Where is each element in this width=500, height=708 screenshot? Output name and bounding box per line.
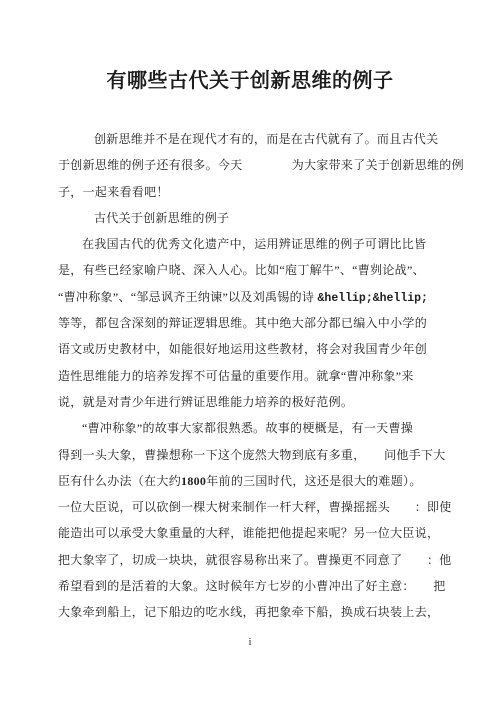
page-number: i: [0, 636, 500, 648]
section-heading-line: 古代关于创新思维的例子: [58, 205, 438, 231]
document-body: 创新思维并不是在现代才有的，而是在古代就有了。而且古代关 于创新思维的例子还有很…: [58, 126, 438, 626]
text-line: 等等，都包含深刻的辩证逻辑思维。其中绝大部分都已编入中小学的: [58, 310, 438, 336]
text-line: 子，一起来看看吧！: [58, 179, 438, 205]
text-line: 得到一头大象，曹操想称一下这个庞然大物到底有多重， 问他手下大: [58, 442, 438, 468]
text-line: “曹冲称象”的故事大家都很熟悉。故事的梗概是，有一天曹操: [58, 415, 438, 441]
text-segment: 年前的三国时代，这还是很大的难题）。: [206, 474, 421, 488]
text-line: 希望看到的是活着的大象。这时候年方七岁的小曹冲出了好主意： 把: [58, 573, 438, 599]
text-line: 说，就是对青少年进行辨证思维能力培养的极好范例。: [58, 389, 438, 415]
text-line: 一位大臣说，可以砍倒一棵大树来制作一杆大秤，曹操摇摇头 ：即使: [58, 494, 438, 520]
hellip-entity-text: &hellip;&hellip;: [318, 292, 428, 305]
document-page: 有哪些古代关于创新思维的例子 创新思维并不是在现代才有的，而是在古代就有了。而且…: [0, 0, 500, 708]
text-line: “曹冲称象”、“邹忌讽齐王纳谏”以及刘禹锡的诗 &hellip;&hellip;: [58, 284, 438, 310]
text-segment: 臣有什么办法（在大约: [58, 474, 181, 488]
text-line: 大象牵到船上，记下船边的吃水线，再把象牵下船，换成石块装上去，: [58, 599, 438, 625]
text-line: 是，有些已经家喻户晓、深入人心。比如“庖丁解牛”、“曹刿论战”、: [58, 257, 438, 283]
text-line: 臣有什么办法（在大约1800年前的三国时代，这还是很大的难题）。: [58, 468, 438, 494]
page-title: 有哪些古代关于创新思维的例子: [0, 64, 500, 93]
text-line: 于创新思维的例子还有很多。今天 为大家带来了关于创新思维的例: [58, 152, 438, 178]
text-line: 在我国古代的优秀文化遗产中，运用辨证思维的例子可谓比比皆: [58, 231, 438, 257]
text-segment: “曹冲称象”、“邹忌讽齐王纳谏”以及刘禹锡的诗: [58, 290, 318, 304]
text-line: 语文或历史教材中，如能很好地运用这些教材，将会对我国青少年创: [58, 336, 438, 362]
text-line: 创新思维并不是在现代才有的，而是在古代就有了。而且古代关: [58, 126, 438, 152]
text-line: 把大象宰了，切成一块块，就很容易称出来了。曹操更不同意了 ：他: [58, 547, 438, 573]
year-number: 1800: [181, 474, 206, 488]
text-line: 能造出可以承受大象重量的大秤，谁能把他提起来呢？另一位大臣说，: [58, 520, 438, 546]
text-line: 造性思维能力的培养发挥不可估量的重要作用。就拿“曹冲称象”来: [58, 363, 438, 389]
